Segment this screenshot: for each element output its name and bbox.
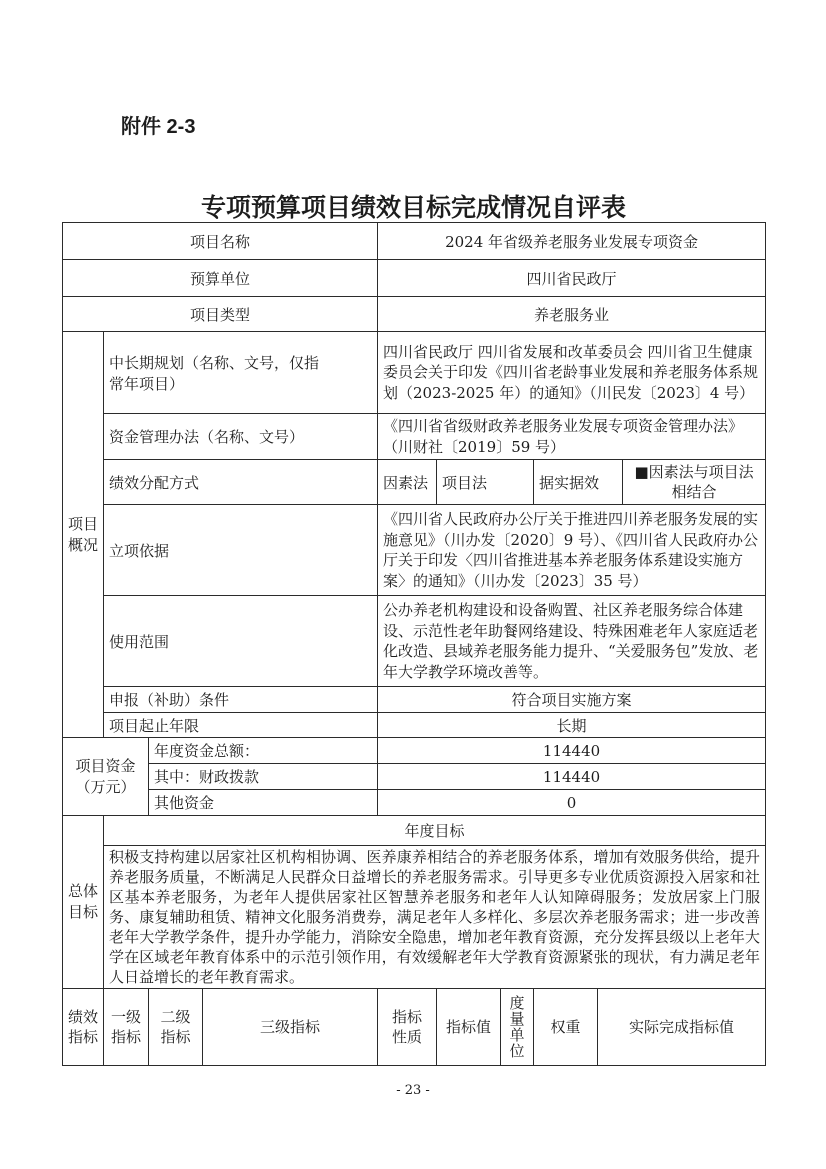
table-row: 项目名称 2024 年省级养老服务业发展专项资金 [63,223,766,260]
project-type-label-cell: 项目类型 [63,297,378,332]
page-number: - 23 - [0,1083,826,1098]
annual-goal-header-cell: 年度目标 [104,816,766,846]
project-type-value-cell: 养老服务业 [378,297,766,332]
mid-long-term-plan-value-cell: 四川省民政厅 四川省发展和改革委员会 四川省卫生健康委员会关于印发《四川省老龄事… [378,332,766,414]
allocation-option-factor-cell: 因素法 [378,460,437,505]
project-basis-value-cell: 《四川省人民政府办公厅关于推进四川养老服务发展的实施意见》（川办发〔2020〕9… [378,505,766,596]
allocation-option-combined-selected-cell: ■因素法与项目法 相结合 [623,460,766,505]
level3-indicator-header-cell: 三级指标 [203,989,378,1066]
usage-scope-value-cell: 公办养老机构建设和设备购置、社区养老服务综合体建设、示范性老年助餐网络建设、特殊… [378,596,766,687]
allocation-method-label-cell: 绩效分配方式 [104,460,378,505]
annual-fund-total-value-cell: 114440 [378,738,766,764]
level1-indicator-header-cell: 一级 指标 [104,989,149,1066]
usage-scope-label-cell: 使用范围 [104,596,378,687]
table-row: 积极支持构建以居家社区机构相协调、医养康养相结合的养老服务体系，增加有效服务供给… [63,846,766,989]
project-basis-label-cell: 立项依据 [104,505,378,596]
document-page: 附件 2-3 专项预算项目绩效目标完成情况自评表 项目名称 2024 年省级养老… [0,0,826,1169]
table-row: 项目类型 养老服务业 [63,297,766,332]
indicator-nature-header-cell: 指标 性质 [378,989,437,1066]
project-funding-group-label: 项目资金 （万元） [63,738,149,816]
allocation-option-actual-cell: 据实据效 [534,460,623,505]
page-title: 专项预算项目绩效目标完成情况自评表 [62,188,765,224]
project-name-label-cell: 项目名称 [63,223,378,260]
table-row: 其他资金 0 [63,790,766,816]
project-duration-label-cell: 项目起止年限 [104,713,378,738]
indicators-group-header-cell: 绩效 指标 [63,989,104,1066]
table-row: 绩效 指标 一级 指标 二级 指标 三级指标 指标 性质 指标值 度 量 单 位… [63,989,766,1066]
project-duration-value-cell: 长期 [378,713,766,738]
table-row: 预算单位 四川省民政厅 [63,260,766,297]
weight-header-cell: 权重 [534,989,598,1066]
actual-completed-value-header-cell: 实际完成指标值 [598,989,766,1066]
other-funds-value-cell: 0 [378,790,766,816]
level2-indicator-header-cell: 二级 指标 [149,989,203,1066]
indicator-value-header-cell: 指标值 [437,989,501,1066]
fund-management-method-value-cell: 《四川省省级财政养老服务业发展专项资金管理办法》（川财社〔2019〕59 号） [378,414,766,460]
table-row: 其中：财政拨款 114440 [63,764,766,790]
other-funds-label-cell: 其他资金 [149,790,378,816]
overall-goal-group-label: 总体 目标 [63,816,104,989]
fund-management-method-label-cell: 资金管理办法（名称、文号） [104,414,378,460]
apply-condition-value-cell: 符合项目实施方案 [378,687,766,713]
table-row: 资金管理办法（名称、文号） 《四川省省级财政养老服务业发展专项资金管理办法》（川… [63,414,766,460]
budget-unit-label-cell: 预算单位 [63,260,378,297]
table-row: 绩效分配方式 因素法 项目法 据实据效 ■因素法与项目法 相结合 [63,460,766,505]
table-row: 项目起止年限 长期 [63,713,766,738]
mid-long-term-plan-label-cell: 中长期规划（名称、文号，仅指 常年项目） [104,332,378,414]
budget-unit-value-cell: 四川省民政厅 [378,260,766,297]
apply-condition-label-cell: 申报（补助）条件 [104,687,378,713]
fiscal-appropriation-label-cell: 其中：财政拨款 [149,764,378,790]
table-row: 申报（补助）条件 符合项目实施方案 [63,687,766,713]
table-row: 立项依据 《四川省人民政府办公厅关于推进四川养老服务发展的实施意见》（川办发〔2… [63,505,766,596]
attachment-label: 附件 2-3 [121,110,195,139]
annual-goal-text-cell: 积极支持构建以居家社区机构相协调、医养康养相结合的养老服务体系，增加有效服务供给… [104,846,766,989]
project-name-value-cell: 2024 年省级养老服务业发展专项资金 [378,223,766,260]
table-row: 使用范围 公办养老机构建设和设备购置、社区养老服务综合体建设、示范性老年助餐网络… [63,596,766,687]
project-overview-group-label: 项目 概况 [63,332,104,738]
table-row: 项目资金 （万元） 年度资金总额： 114440 [63,738,766,764]
table-row: 总体 目标 年度目标 [63,816,766,846]
table-row: 项目 概况 中长期规划（名称、文号，仅指 常年项目） 四川省民政厅 四川省发展和… [63,332,766,414]
allocation-option-project-cell: 项目法 [437,460,534,505]
self-evaluation-table: 项目名称 2024 年省级养老服务业发展专项资金 预算单位 四川省民政厅 项目类… [62,222,766,1066]
annual-fund-total-label-cell: 年度资金总额： [149,738,378,764]
measure-unit-header-cell: 度 量 单 位 [501,989,534,1066]
fiscal-appropriation-value-cell: 114440 [378,764,766,790]
